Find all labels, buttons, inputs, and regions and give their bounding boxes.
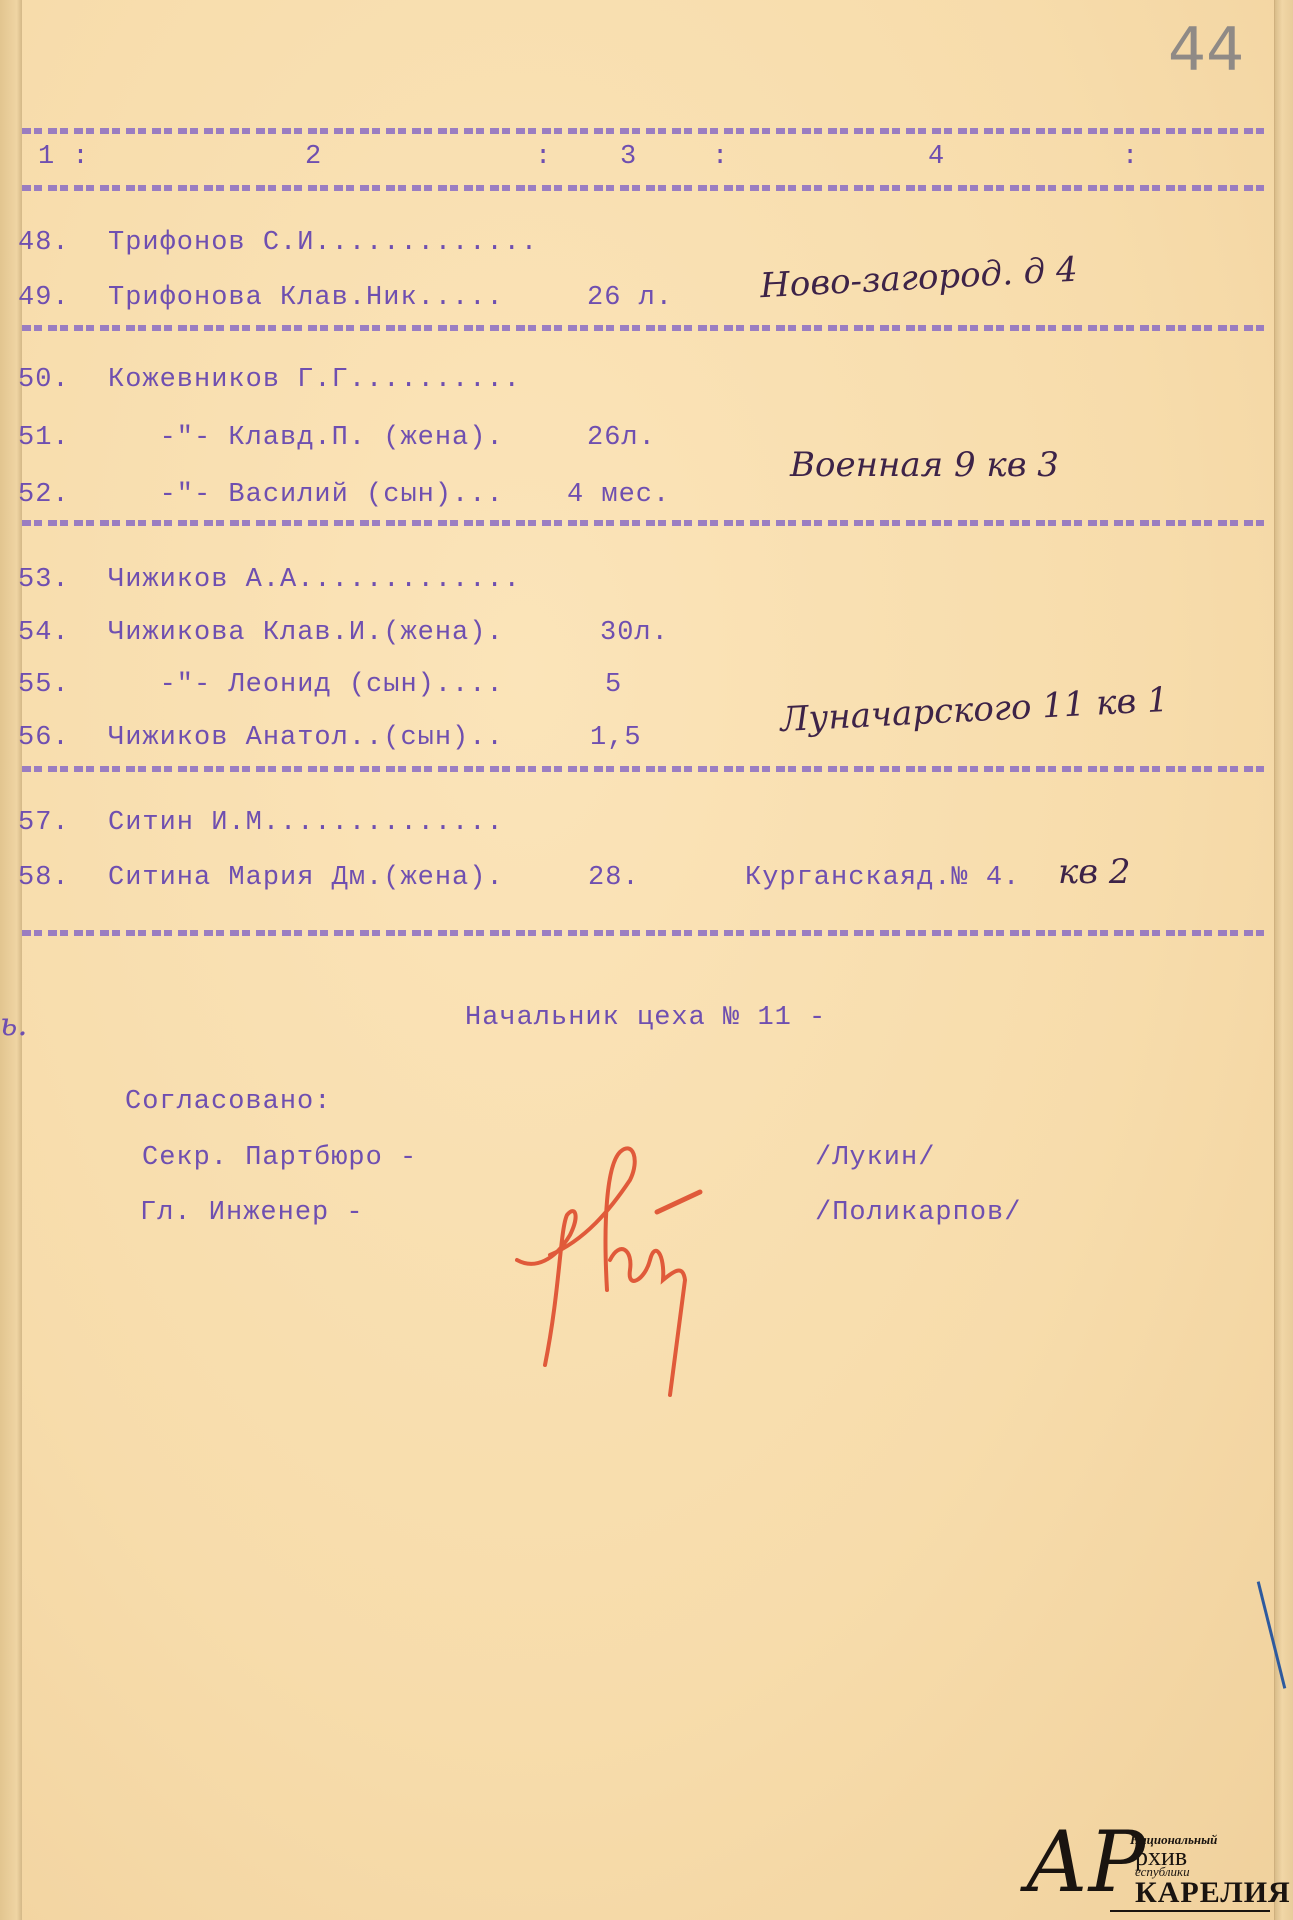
row-name: Ситина Мария Дм.(жена). [108,863,504,893]
header-col2: 2 [305,142,322,172]
row-name: -"- Клавд.П. (жена). [108,423,504,453]
folio-number: 44 [1168,15,1244,85]
header-col3: 3 [620,142,637,172]
secretary-name: /Лукин/ [815,1143,935,1173]
row-num: 54. [18,618,70,648]
rule-group-1 [22,325,1267,331]
address-handwritten: Военная 9 кв 3 [790,445,1059,485]
row-name: Трифонова Клав.Ник..... [108,283,504,313]
rule-header-bottom [22,185,1267,191]
header-sep4: : [1122,142,1139,172]
row-name: -"- Леонид (сын).... [108,670,504,700]
chief-title: Начальник цеха № 11 - [465,1003,826,1033]
row-num: 56. [18,723,70,753]
archive-watermark-logo: АР Национальный рхив еспублики КАРЕЛИЯ [1025,1820,1293,1920]
logo-line4: КАРЕЛИЯ [1135,1876,1291,1910]
row-name: Кожевников Г.Г.......... [108,365,521,395]
header-sep2: : [535,142,552,172]
rule-group-2 [22,520,1267,526]
row-age: 5 [605,670,622,700]
secretary-title: Секр. Партбюро - [142,1143,417,1173]
rule-top [22,128,1267,134]
header-col4: 4 [928,142,945,172]
row-name: Чижиков А.А............. [108,565,521,595]
row-num: 58. [18,863,70,893]
row-num: 55. [18,670,70,700]
row-name: -"- Василий (сын)... [108,480,504,510]
row-num: 52. [18,480,70,510]
page-right-edge [1274,0,1293,1920]
engineer-title: Гл. Инженер - [140,1198,364,1228]
row-age: 1,5 [590,723,642,753]
logo-monogram: АР [1025,1820,1145,1904]
address-typed: Курганскаяд.№ 4. [745,863,1020,893]
margin-mark: ь. [0,1005,28,1043]
row-age: 26 л. [587,283,673,313]
address-handwritten: кв 2 [1058,852,1131,892]
agreed-label: Согласовано: [125,1087,331,1117]
row-age: 30л. [600,618,669,648]
row-num: 51. [18,423,70,453]
row-name: Трифонов С.И............. [108,228,538,258]
header-col1: 1 : [38,142,90,172]
row-num: 50. [18,365,70,395]
row-num: 53. [18,565,70,595]
row-age: 4 мес. [567,480,670,510]
red-pencil-signature [515,1130,715,1400]
header-sep3: : [712,142,729,172]
logo-quill-rule [1110,1910,1270,1912]
engineer-name: /Поликарпов/ [815,1198,1021,1228]
row-age: 28. [588,863,640,893]
row-name: Чижиков Анатол..(сын).. [108,723,504,753]
row-num: 49. [18,283,70,313]
row-age: 26л. [587,423,656,453]
row-num: 57. [18,808,70,838]
row-num: 48. [18,228,70,258]
row-name: Чижикова Клав.И.(жена). [108,618,504,648]
rule-group-3 [22,766,1267,772]
row-name: Ситин И.М.............. [108,808,504,838]
rule-bottom [22,930,1267,936]
